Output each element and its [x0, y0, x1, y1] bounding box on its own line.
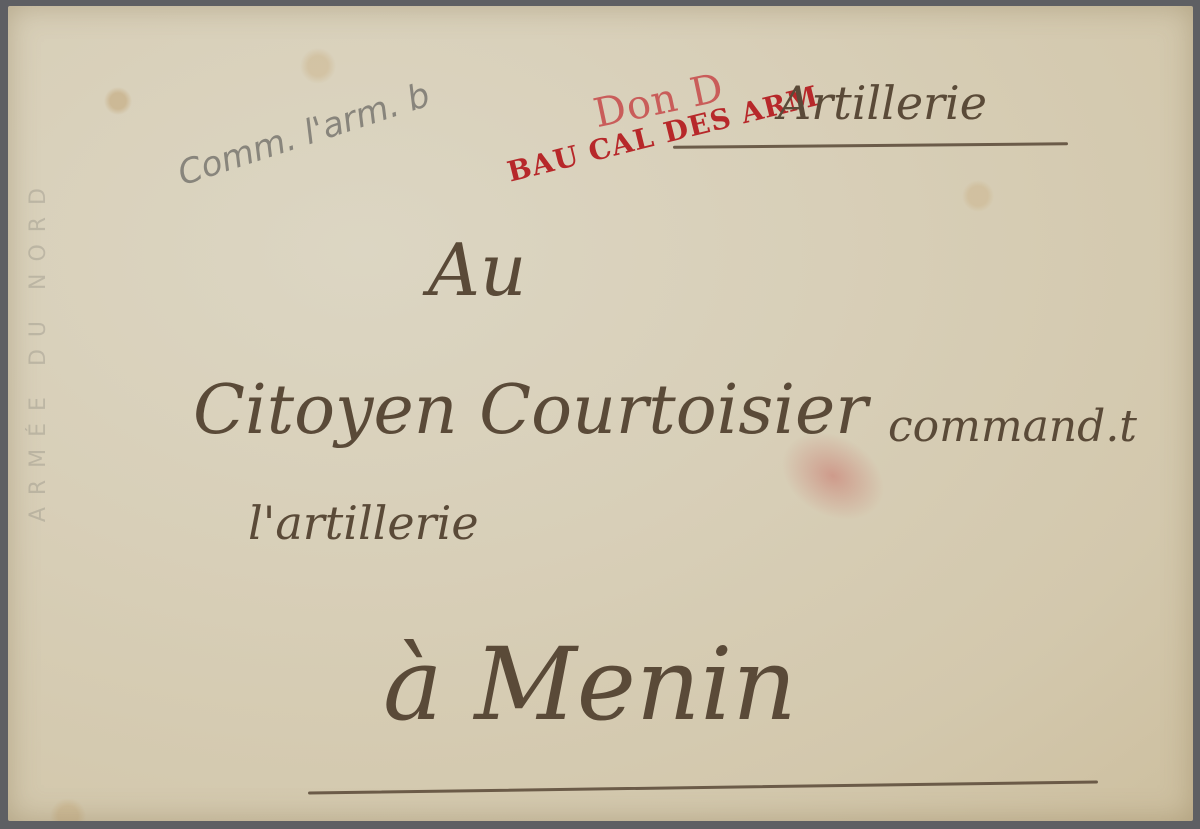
envelope-cover: ARMÉE DU NORD Comm. l'arm. b Don D BAU C… — [8, 6, 1193, 821]
side-imprint: ARMÉE DU NORD — [26, 176, 51, 522]
salutation: Au — [428, 228, 526, 312]
addressee-line2: l'artillerie — [248, 496, 479, 550]
addressee-title: command.t — [888, 401, 1137, 452]
top-underline — [673, 142, 1068, 148]
address-top-right: Artillerie — [778, 76, 987, 130]
pencil-annotation: Comm. l'arm. b — [173, 75, 435, 194]
destination: à Menin — [383, 626, 797, 743]
addressee-name: Citoyen Courtoisier — [193, 371, 868, 450]
destination-underline — [308, 780, 1098, 794]
